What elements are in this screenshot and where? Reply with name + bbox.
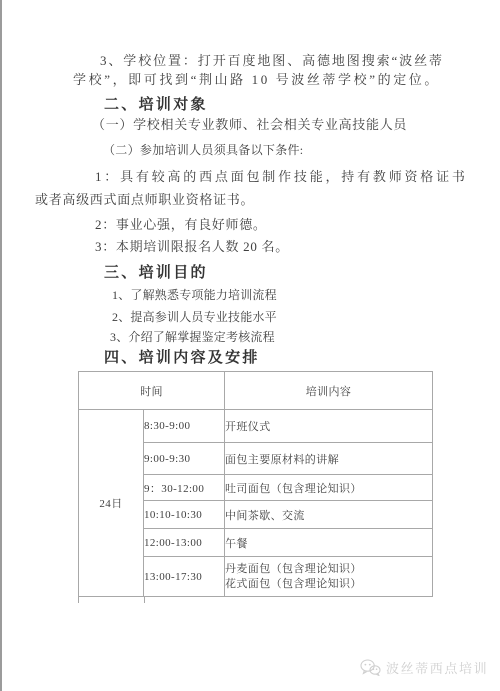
time-cell: 8:30-9:00 [144, 410, 225, 443]
item-condition-1-line1: 1：具有较高的西点面包制作技能，持有教师资格证书 [95, 168, 468, 186]
content-cell: 丹麦面包（包含理论知识） 花式面包（包含理论知识） [225, 557, 433, 597]
item-condition-3: 3：本期培训限报名人数 20 名。 [95, 238, 289, 256]
item-purpose-2: 2、提高参训人员专业技能水平 [112, 308, 277, 326]
content-cell: 面包主要原材料的讲解 [225, 443, 433, 475]
item-purpose-1: 1、了解熟悉专项能力培训流程 [112, 286, 277, 304]
table-row: 24日 8:30-9:00 开班仪式 [79, 410, 433, 443]
table-header-time: 时间 [79, 372, 225, 410]
table-border-extension-left [78, 596, 79, 603]
table-header-content: 培训内容 [225, 372, 433, 410]
content-line-2: 花式面包（包含理论知识） [225, 577, 432, 592]
time-cell: 13:00-17:30 [144, 557, 225, 597]
watermark-label: 波丝蒂西点培训 [386, 658, 488, 677]
para-school-location-line2: 学校”，即可找到“荆山路 10 号波丝蒂学校”的定位。 [73, 71, 440, 89]
time-cell: 12:00-13:00 [144, 529, 225, 557]
item-purpose-3: 3、介绍了解掌握鉴定考核流程 [110, 328, 275, 346]
item-target-1: （一）学校相关专业教师、社会相关专业高技能人员 [92, 116, 407, 134]
item-condition-1-line2: 或者高级西式面点师职业资格证书。 [35, 191, 254, 209]
document-page: 3、学校位置：打开百度地图、高德地图搜索“波丝蒂 学校”，即可找到“荆山路 10… [0, 0, 500, 691]
page-left-edge-line [0, 0, 2, 691]
item-condition-2: 2：事业心强，有良好师德。 [95, 216, 267, 234]
heading-training-purpose: 三、培训目的 [104, 264, 208, 282]
table-border-extension-middle [144, 596, 145, 603]
content-cell: 午餐 [225, 529, 433, 557]
time-cell: 9：30-12:00 [144, 475, 225, 501]
para-school-location-line1: 3、学校位置：打开百度地图、高德地图搜索“波丝蒂 [100, 52, 444, 70]
watermark: 波丝蒂西点培训 [360, 658, 488, 677]
wechat-icon [360, 659, 381, 676]
time-cell: 10:10-10:30 [144, 501, 225, 529]
content-cell: 吐司面包（包含理论知识） [225, 475, 433, 501]
schedule-table: 时间 培训内容 24日 8:30-9:00 开班仪式 9:00-9:30 面包主… [78, 371, 433, 597]
item-target-2: （二）参加培训人员须具备以下条件: [103, 141, 303, 159]
heading-training-schedule: 四、培训内容及安排 [104, 349, 260, 367]
date-cell: 24日 [79, 410, 144, 597]
content-line-1: 丹麦面包（包含理论知识） [225, 562, 432, 577]
content-cell: 中间茶歇、交流 [225, 501, 433, 529]
heading-training-target: 二、培训对象 [104, 96, 208, 114]
content-cell: 开班仪式 [225, 410, 433, 443]
time-cell: 9:00-9:30 [144, 443, 225, 475]
